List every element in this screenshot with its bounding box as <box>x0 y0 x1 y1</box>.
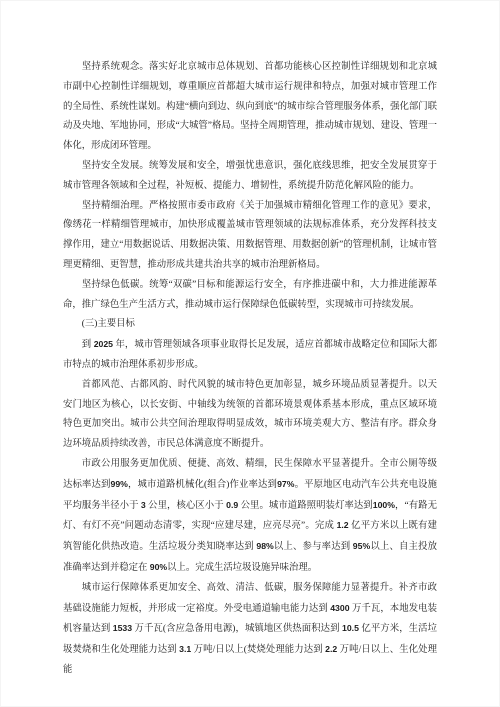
document-page: 坚持系统观念。落实好北京城市总体规划、首都功能核心区控制性详细规划和北京城市副中… <box>0 0 500 707</box>
paragraph: 城市运行保障体系更加安全、高效、清洁、低碳，服务保障能力显著提升。补齐市政基础设… <box>63 579 437 681</box>
section-heading: (三)主要目标 <box>63 315 437 335</box>
paragraph: 到 2025 年，城市管理领域各项事业取得长足发展，适应首都城市战略定位和国际大… <box>63 335 437 376</box>
document-body: 坚持系统观念。落实好北京城市总体规划、首都功能核心区控制性详细规划和北京城市副中… <box>63 58 437 681</box>
paragraph: 坚持绿色低碳。统筹“双碳”目标和能源运行安全，有序推进碳中和，大力推进能源革命，… <box>63 276 437 316</box>
paragraph: 坚持安全发展。统筹发展和安全，增强忧患意识，强化底线思维，把安全发展贯穿于城市管… <box>63 157 437 197</box>
paragraph: 坚持系统观念。落实好北京城市总体规划、首都功能核心区控制性详细规划和北京城市副中… <box>63 58 437 157</box>
paragraph: 市政公用服务更加优质、便捷、高效、精细，民生保障水平显著提升。全市公厕等级达标率… <box>63 455 437 579</box>
paragraph: 首都风范、古都风韵、时代风貌的城市特色更加彰显，城乡环境品质显著提升。以天安门地… <box>63 376 437 455</box>
paragraph: 坚持精细治理。严格按照市委市政府《关于加强城市精细化管理工作的意见》要求，像绣花… <box>63 197 437 276</box>
